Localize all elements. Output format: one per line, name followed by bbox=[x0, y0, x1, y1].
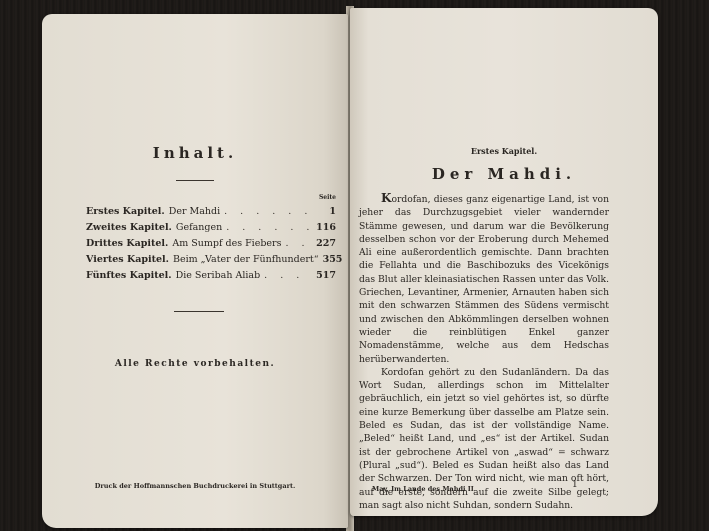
left-page: Inhalt. Seite Erstes Kapitel. Der Mahdi … bbox=[42, 14, 348, 528]
toc-title: Der Mahdi bbox=[169, 204, 220, 220]
toc-chapter: Fünftes Kapitel. bbox=[86, 268, 172, 284]
toc-leader: . . . . . . . bbox=[226, 220, 310, 236]
toc-entry: Fünftes Kapitel. Die Seribah Aliab . . .… bbox=[86, 268, 336, 284]
toc-page: 1 bbox=[310, 204, 336, 220]
paragraph: Kordofan, dieses ganz eigenartige Land, … bbox=[359, 192, 609, 366]
page-number: 1 bbox=[572, 480, 578, 490]
rights-notice: Alle Rechte vorbehalten. bbox=[42, 359, 348, 369]
toc-title: Beim „Vater der Fünfhundert“ bbox=[173, 252, 319, 268]
toc-page: 116 bbox=[310, 220, 336, 236]
toc-leader: . . . . . . . bbox=[224, 204, 310, 220]
toc-chapter: Erstes Kapitel. bbox=[86, 204, 165, 220]
title-rule bbox=[176, 180, 214, 181]
toc-entry: Erstes Kapitel. Der Mahdi . . . . . . . … bbox=[86, 204, 336, 220]
toc-title: Inhalt. bbox=[42, 144, 348, 162]
toc-rule bbox=[174, 311, 224, 312]
toc-leader: . . . bbox=[264, 268, 310, 284]
page-column-label: Seite bbox=[319, 194, 336, 201]
toc-title: Die Seribah Aliab bbox=[176, 268, 261, 284]
signature-line: May, Im Lande des Mahdi II bbox=[372, 485, 474, 493]
toc-title: Gefangen bbox=[176, 220, 222, 236]
toc-leader: . . bbox=[285, 236, 310, 252]
body-text: Kordofan, dieses ganz eigenartige Land, … bbox=[359, 192, 609, 512]
toc-page: 355 bbox=[323, 252, 343, 268]
chapter-title: Der Mahdi. bbox=[350, 165, 658, 183]
toc-chapter: Viertes Kapitel. bbox=[86, 252, 169, 268]
right-page: Erstes Kapitel. Der Mahdi. Kordofan, die… bbox=[350, 8, 658, 516]
toc-title: Am Sumpf des Fiebers bbox=[172, 236, 281, 252]
toc-entry: Viertes Kapitel. Beim „Vater der Fünfhun… bbox=[86, 252, 336, 268]
chapter-label: Erstes Kapitel. bbox=[350, 146, 658, 156]
toc-entry: Zweites Kapitel. Gefangen . . . . . . . … bbox=[86, 220, 336, 236]
paragraph-text: ordofan, dieses ganz eigenartige Land, i… bbox=[359, 194, 609, 365]
table-of-contents: Erstes Kapitel. Der Mahdi . . . . . . . … bbox=[86, 204, 336, 284]
drop-initial: K bbox=[381, 191, 391, 205]
toc-chapter: Drittes Kapitel. bbox=[86, 236, 168, 252]
toc-page: 517 bbox=[310, 268, 336, 284]
toc-chapter: Zweites Kapitel. bbox=[86, 220, 172, 236]
toc-entry: Drittes Kapitel. Am Sumpf des Fiebers . … bbox=[86, 236, 336, 252]
toc-page: 227 bbox=[310, 236, 336, 252]
printer-imprint: Druck der Hoffmannschen Buchdruckerei in… bbox=[42, 482, 348, 490]
